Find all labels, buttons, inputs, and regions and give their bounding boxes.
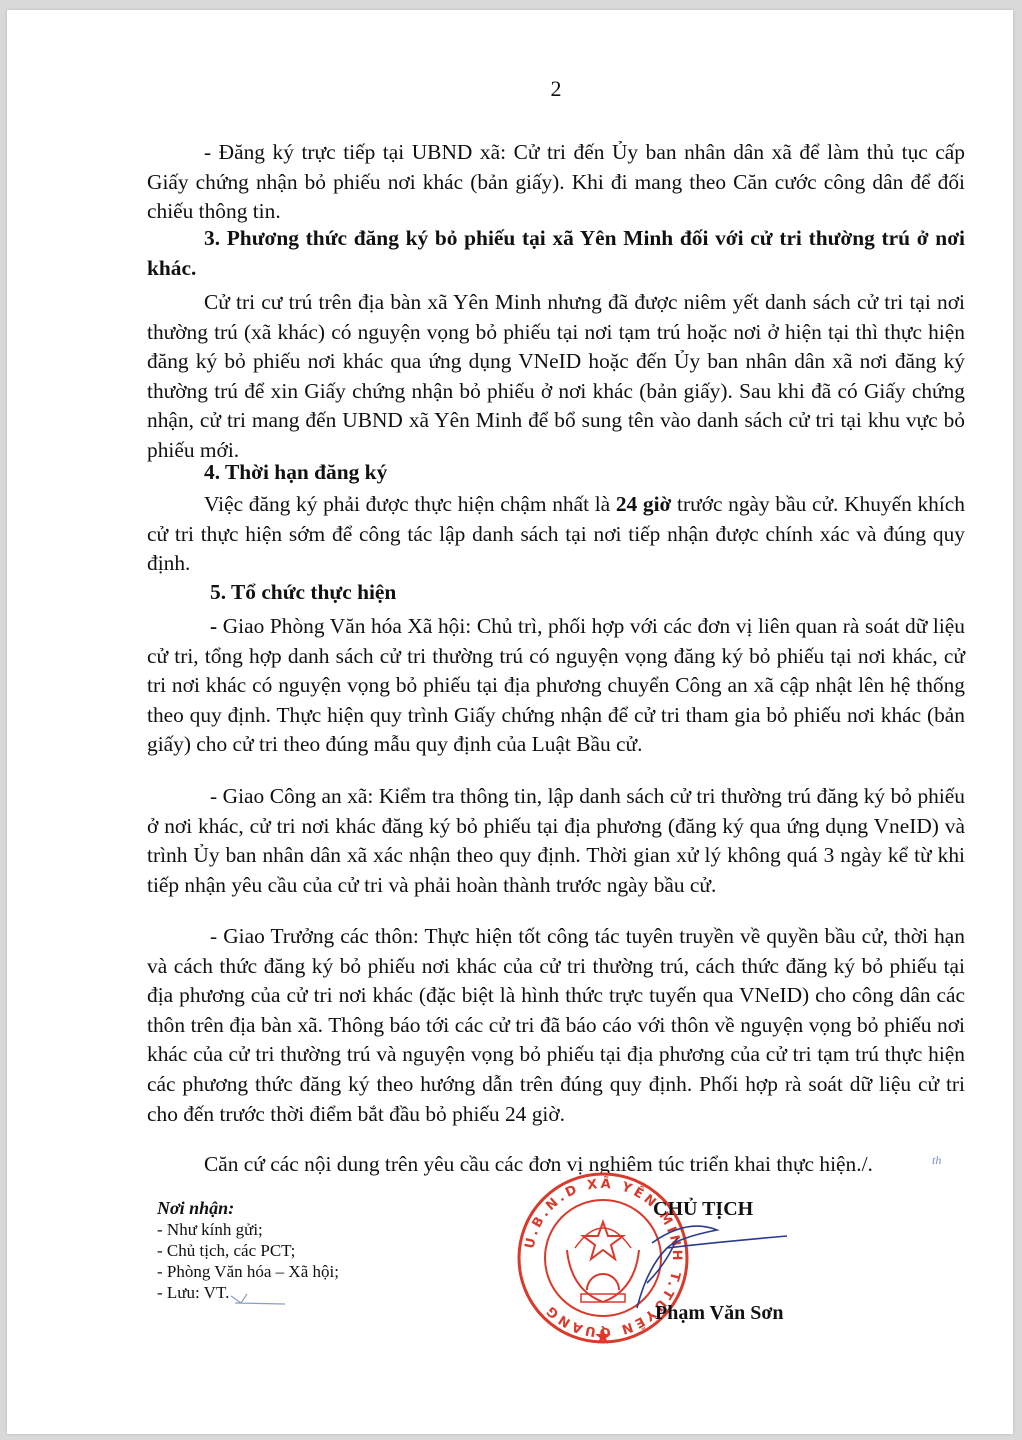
paragraph-text: Việc đăng ký phải được thực hiện chậm nh… [147,490,965,579]
dash: - [210,614,223,638]
document-page: 2 - Đăng ký trực tiếp tại UBND xã: Cử tr… [7,10,1013,1434]
text-run: Giao Phòng Văn hóa Xã hội: Chủ trì, phối… [147,614,965,756]
heading-text: 5. Tổ chức thực hiện [147,578,965,608]
heading-text: 4. Thời hạn đăng ký [147,458,965,488]
recipient-item: - Phòng Văn hóa – Xã hội; [157,1261,339,1282]
heading-section-3: 3. Phương thức đăng ký bỏ phiếu tại xã Y… [147,224,965,283]
recipient-item: - Như kính gửi; [157,1219,339,1240]
paragraph-section-3: Cử tri cư trú trên địa bàn xã Yên Minh n… [147,288,965,466]
page-number: 2 [147,74,965,104]
heading-section-5: 5. Tổ chức thực hiện [147,578,965,608]
paragraph-text: - Đăng ký trực tiếp tại UBND xã: Cử tri … [147,138,965,227]
recipients-block: Nơi nhận: - Như kính gửi; - Chủ tịch, cá… [157,1198,339,1303]
paragraph-text: - Giao Trưởng các thôn: Thực hiện tốt cô… [147,922,965,1129]
paragraph-direct-registration: - Đăng ký trực tiếp tại UBND xã: Cử tri … [147,138,965,227]
recipients-title: Nơi nhận: [157,1198,339,1219]
deadline-bold: 24 giờ [616,492,672,516]
heading-section-4: 4. Thời hạn đăng ký [147,458,965,488]
paragraph-section-4: Việc đăng ký phải được thực hiện chậm nh… [147,490,965,579]
recipient-item: - Chủ tịch, các PCT; [157,1240,339,1261]
paragraph-culture-dept: - Giao Phòng Văn hóa Xã hội: Chủ trì, ph… [147,612,965,760]
paragraph-text: - Giao Công an xã: Kiểm tra thông tin, l… [147,782,965,900]
handwritten-initial: th [932,1153,941,1168]
paragraph-text: - Giao Phòng Văn hóa Xã hội: Chủ trì, ph… [147,612,965,760]
paragraph-village-heads: - Giao Trưởng các thôn: Thực hiện tốt cô… [147,922,965,1129]
text-run: Việc đăng ký phải được thực hiện chậm nh… [204,492,616,516]
signer-name: Phạm Văn Sơn [655,1302,784,1325]
initial-mark-icon [229,1290,289,1306]
paragraph-police: - Giao Công an xã: Kiểm tra thông tin, l… [147,782,965,900]
paragraph-text: Cử tri cư trú trên địa bàn xã Yên Minh n… [147,288,965,466]
heading-text: 3. Phương thức đăng ký bỏ phiếu tại xã Y… [147,224,965,283]
